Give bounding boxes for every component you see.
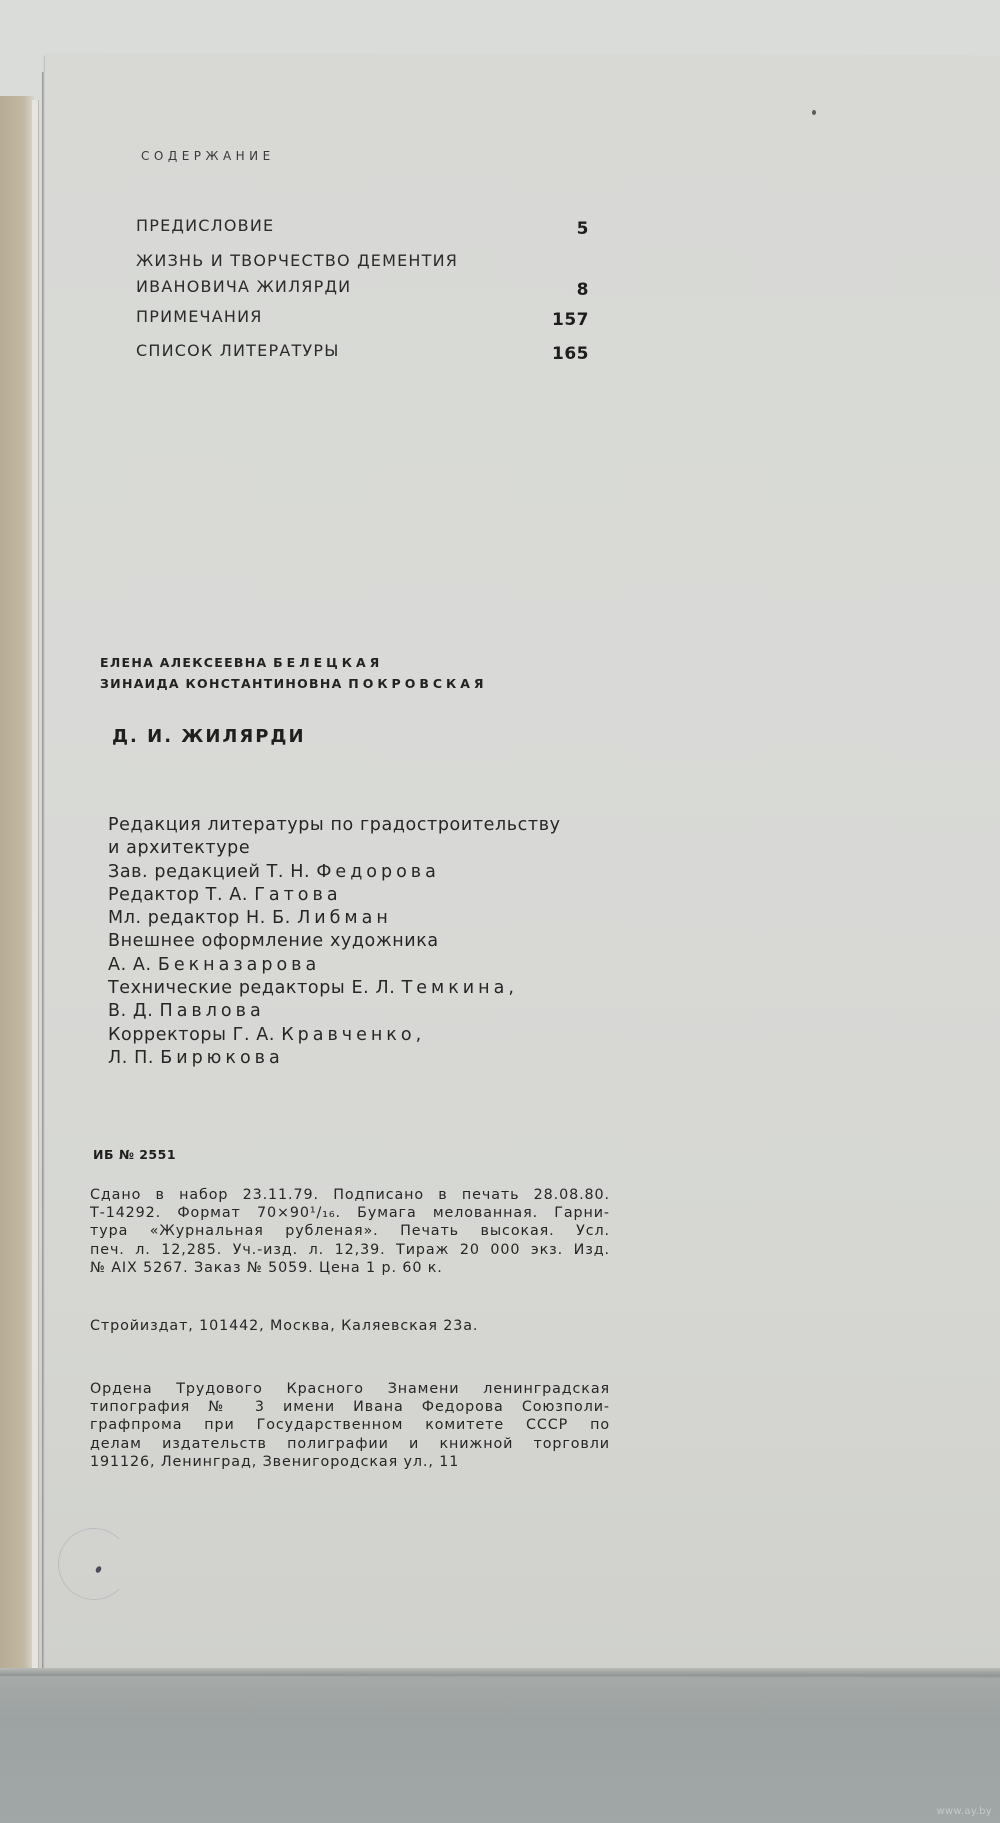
imprint-line: 191126, Ленинград, Звенигородская ул., 1… bbox=[90, 1453, 610, 1471]
ib-number: ИБ № 2551 bbox=[93, 1147, 176, 1162]
head-editor-line: Зав. редакцией Т. Н. Федорова bbox=[108, 861, 561, 884]
junior-editor-line: Мл. редактор Н. Б. Либман bbox=[108, 907, 561, 930]
credit-name: Бекназарова bbox=[158, 955, 320, 975]
toc-item-label: СПИСОК ЛИТЕРАТУРЫ bbox=[136, 338, 340, 364]
editorial-line: и архитектуре bbox=[108, 837, 561, 860]
credit-initials: А. А. bbox=[108, 955, 152, 975]
credit-name: Темкина, bbox=[402, 978, 518, 998]
imprint-line: Т-14292. Формат 70×90¹/₁₆. Бумага мелова… bbox=[90, 1204, 610, 1222]
printer-details: Ордена Трудового Красного Знамени ленинг… bbox=[90, 1380, 610, 1471]
designer-line: А. А. Бекназарова bbox=[108, 954, 561, 977]
editor-line: Редактор Т. А. Гатова bbox=[108, 884, 561, 907]
page-bottom-edge bbox=[0, 1668, 1000, 1676]
pencil-circle-mark bbox=[58, 1528, 130, 1600]
publisher-address: Стройиздат, 101442, Москва, Каляевская 2… bbox=[90, 1317, 610, 1335]
tech-editors-line: Технические редакторы Е. Л. Темкина, bbox=[108, 977, 561, 1000]
credits-block: Редакция литературы по градостроительств… bbox=[108, 814, 561, 1070]
toc-item-label-line: ИВАНОВИЧА ЖИЛЯРДИ bbox=[136, 277, 351, 296]
author-given-name: ЕЛЕНА АЛЕКСЕЕВНА bbox=[100, 655, 267, 670]
toc-item-label-line: ЖИЗНЬ И ТВОРЧЕСТВО ДЕМЕНТИЯ bbox=[136, 251, 458, 270]
toc-item: ЖИЗНЬ И ТВОРЧЕСТВО ДЕМЕНТИЯ ИВАНОВИЧА ЖИ… bbox=[136, 248, 589, 300]
imprint-line: тура «Журнальная рубленая». Печать высок… bbox=[90, 1222, 610, 1240]
credit-initials: В. Д. bbox=[108, 1001, 153, 1021]
imprint-line: типография № 3 имени Ивана Федорова Союз… bbox=[90, 1398, 610, 1416]
toc-item: ПРЕДИСЛОВИЕ 5 bbox=[136, 213, 589, 239]
toc-item-page: 8 bbox=[577, 280, 589, 300]
tech-editor2-line: В. Д. Павлова bbox=[108, 1000, 561, 1023]
book-cover-edge bbox=[0, 96, 34, 1676]
imprint-line: Ордена Трудового Красного Знамени ленинг… bbox=[90, 1380, 610, 1398]
page-spine-edge bbox=[42, 72, 45, 1672]
credit-name: Павлова bbox=[160, 1001, 265, 1021]
watermark: www.ay.by bbox=[936, 1806, 992, 1817]
toc-item-label: ПРИМЕЧАНИЯ bbox=[136, 304, 263, 330]
credit-initials: Л. П. bbox=[108, 1048, 154, 1068]
paper-speck bbox=[812, 110, 816, 115]
print-details: Сдано в набор 23.11.79. Подписано в печа… bbox=[90, 1186, 610, 1277]
credit-name: Федорова bbox=[316, 862, 440, 882]
imprint-line: № AIX 5267. Заказ № 5059. Цена 1 р. 60 к… bbox=[90, 1259, 610, 1277]
author-name: ЕЛЕНА АЛЕКСЕЕВНА БЕЛЕЦКАЯ bbox=[100, 655, 383, 670]
proofreaders-line: Корректоры Г. А. Кравченко, bbox=[108, 1024, 561, 1047]
toc-item: СПИСОК ЛИТЕРАТУРЫ 165 bbox=[136, 338, 589, 364]
editorial-line: Редакция литературы по градостроительств… bbox=[108, 814, 561, 837]
credit-role: Мл. редактор Н. Б. bbox=[108, 908, 291, 928]
imprint-line: Сдано в набор 23.11.79. Подписано в печа… bbox=[90, 1186, 610, 1204]
toc-item-page: 5 bbox=[577, 219, 589, 239]
credit-role: Зав. редакцией Т. Н. bbox=[108, 862, 310, 882]
proofreader2-line: Л. П. Бирюкова bbox=[108, 1047, 561, 1070]
imprint-line: Стройиздат, 101442, Москва, Каляевская 2… bbox=[90, 1317, 610, 1335]
credit-role: Технические редакторы Е. Л. bbox=[108, 978, 395, 998]
credit-name: Гатова bbox=[254, 885, 341, 905]
author-name: ЗИНАИДА КОНСТАНТИНОВНА ПОКРОВСКАЯ bbox=[100, 676, 488, 691]
toc-item-label: ЖИЗНЬ И ТВОРЧЕСТВО ДЕМЕНТИЯ ИВАНОВИЧА ЖИ… bbox=[136, 248, 458, 300]
credit-role: Корректоры Г. А. bbox=[108, 1025, 275, 1045]
credit-role: Редактор Т. А. bbox=[108, 885, 248, 905]
toc-item-page: 157 bbox=[552, 310, 589, 330]
author-surname: БЕЛЕЦКАЯ bbox=[273, 655, 383, 670]
author-given-name: ЗИНАИДА КОНСТАНТИНОВНА bbox=[100, 676, 343, 691]
credit-name: Бирюкова bbox=[160, 1048, 284, 1068]
imprint-line: графпрома при Государственном комитете С… bbox=[90, 1416, 610, 1434]
book-title: Д. И. ЖИЛЯРДИ bbox=[112, 726, 306, 747]
toc-item: ПРИМЕЧАНИЯ 157 bbox=[136, 304, 589, 330]
design-line: Внешнее оформление художника bbox=[108, 930, 561, 953]
credit-name: Либман bbox=[297, 908, 392, 928]
book-cover-inner-edge bbox=[32, 100, 39, 1675]
contents-heading: СОДЕРЖАНИЕ bbox=[141, 149, 275, 163]
toc-item-label: ПРЕДИСЛОВИЕ bbox=[136, 213, 274, 239]
toc-item-page: 165 bbox=[552, 344, 589, 364]
imprint-line: делам издательств полиграфии и книжной т… bbox=[90, 1435, 610, 1453]
imprint-line: печ. л. 12,285. Уч.-изд. л. 12,39. Тираж… bbox=[90, 1241, 610, 1259]
credit-name: Кравченко, bbox=[281, 1025, 425, 1045]
table-surface bbox=[0, 1672, 1000, 1823]
author-surname: ПОКРОВСКАЯ bbox=[348, 676, 487, 691]
